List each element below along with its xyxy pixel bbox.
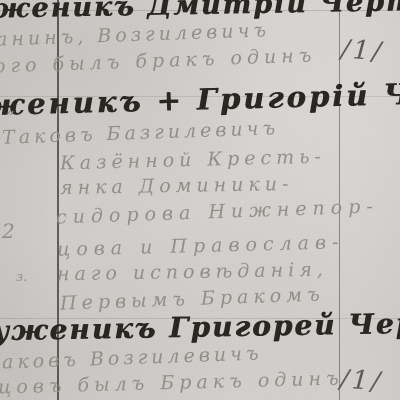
register-page-scan: женикъ Дмитрій Чертекинъ анинъ, Возгилев… [0,0,400,400]
marriage-count-note: /1/ [339,367,384,396]
handwritten-line: аковъ Возгилевичъ [2,344,263,372]
handwritten-line: янка Доминики- [60,175,294,198]
record-header: женикъ + Григорій Чертек [0,77,400,120]
margin-record-number: 2 [2,221,15,241]
marriage-count-note: /1/ [340,37,385,66]
handwritten-line: цовъ былъ Бракъ одинъ [0,369,344,397]
handwritten-line: цова и Православ- [57,233,345,260]
handwritten-line: Таковъ Базгилевичъ [2,119,280,148]
record-header: женикъ Дмитрій Чертекинъ [0,0,400,23]
handwritten-line: Казённой Кресть- [60,148,326,174]
handwritten-line: анинъ, Возгилевичъ [0,21,270,50]
margin-stray-mark: з. [16,271,27,284]
margin-ditto-mark: „ [6,100,15,117]
handwritten-line: сидорова Нижнепор- [56,197,379,227]
handwritten-line: наго исповѣданія, [57,261,328,285]
record-header: уженикъ Григорей Чертек [0,309,400,346]
handwritten-line: ого былъ бракъ одинъ [0,46,317,76]
